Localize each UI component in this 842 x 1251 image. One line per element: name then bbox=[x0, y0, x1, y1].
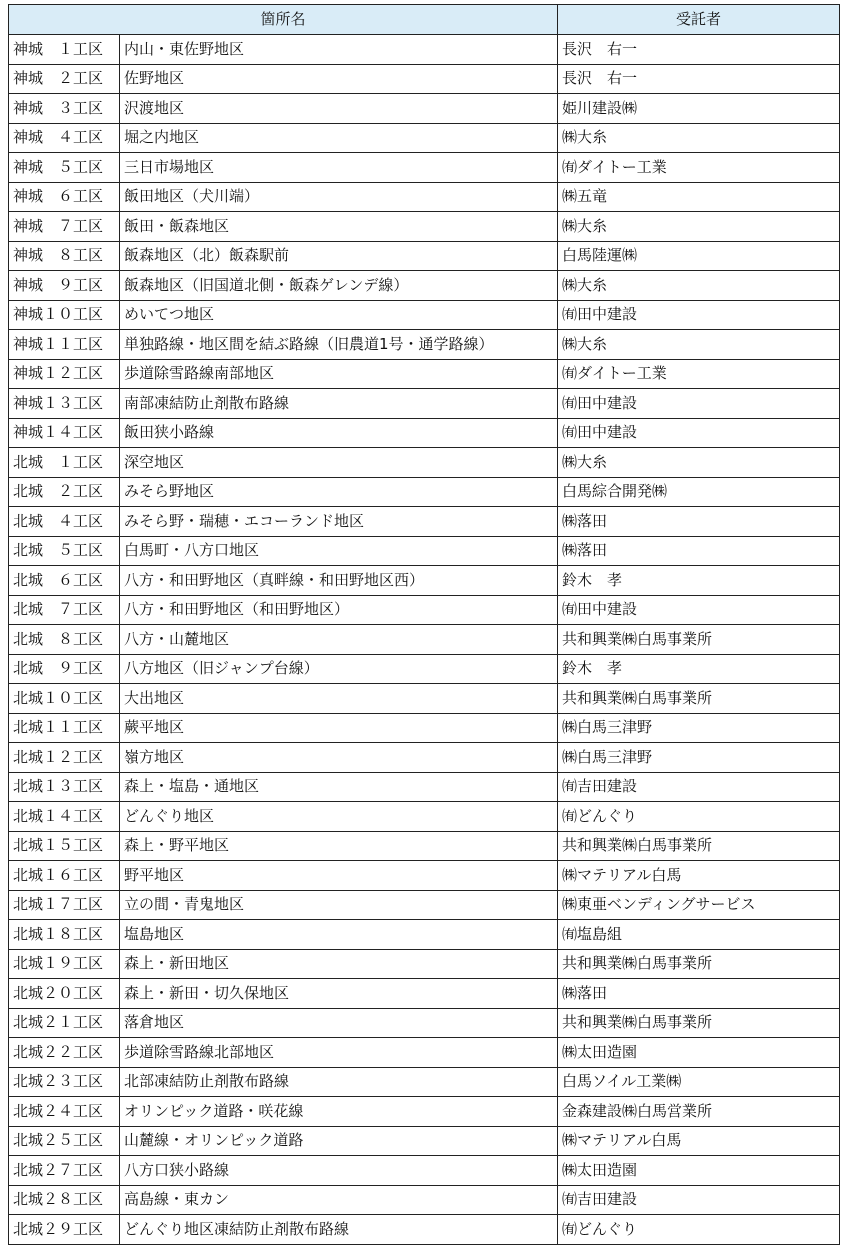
contractor-cell: ㈱白馬三津野 bbox=[558, 713, 840, 743]
zone-cell: 北城 １工区 bbox=[9, 448, 120, 478]
table-row: 神城 ５工区三日市場地区㈲ダイトー工業 bbox=[9, 153, 840, 183]
table-row: 北城 ７工区八方・和田野地区（和田野地区）㈲田中建設 bbox=[9, 595, 840, 625]
contractor-cell: 鈴木 孝 bbox=[558, 566, 840, 596]
contractor-cell: ㈱落田 bbox=[558, 979, 840, 1009]
contractor-cell: ㈲ダイトー工業 bbox=[558, 153, 840, 183]
zone-cell: 北城 ８工区 bbox=[9, 625, 120, 655]
table-row: 北城２８工区高島線・東カン㈲吉田建設 bbox=[9, 1185, 840, 1215]
contractor-cell: 鈴木 孝 bbox=[558, 654, 840, 684]
table-row: 北城２１工区落倉地区共和興業㈱白馬事業所 bbox=[9, 1008, 840, 1038]
table-row: 神城 ７工区飯田・飯森地区㈱大糸 bbox=[9, 212, 840, 242]
contractor-cell: ㈱落田 bbox=[558, 507, 840, 537]
contractor-cell: ㈱五竜 bbox=[558, 182, 840, 212]
area-cell: 大出地区 bbox=[120, 684, 558, 714]
zone-cell: 北城１３工区 bbox=[9, 772, 120, 802]
zone-cell: 北城１６工区 bbox=[9, 861, 120, 891]
area-cell: 高島線・東カン bbox=[120, 1185, 558, 1215]
table-row: 神城 ３工区沢渡地区姫川建設㈱ bbox=[9, 94, 840, 124]
table-row: 北城１４工区どんぐり地区㈲どんぐり bbox=[9, 802, 840, 832]
table-row: 北城１８工区塩島地区㈲塩島組 bbox=[9, 920, 840, 950]
table-row: 北城 ５工区白馬町・八方口地区㈱落田 bbox=[9, 536, 840, 566]
table-row: 神城１１工区単独路線・地区間を結ぶ路線（旧農道1号・通学路線）㈱大糸 bbox=[9, 330, 840, 360]
table-row: 北城 ２工区みそら野地区白馬綜合開発㈱ bbox=[9, 477, 840, 507]
zone-cell: 神城 ４工区 bbox=[9, 123, 120, 153]
table-row: 北城２７工区八方口狭小路線㈱太田造園 bbox=[9, 1156, 840, 1186]
area-cell: 嶺方地区 bbox=[120, 743, 558, 773]
zone-cell: 北城 ７工区 bbox=[9, 595, 120, 625]
table-row: 神城 ９工区飯森地区（旧国道北側・飯森ゲレンデ線）㈱大糸 bbox=[9, 271, 840, 301]
area-cell: みそら野・瑞穂・エコーランド地区 bbox=[120, 507, 558, 537]
table-row: 北城 １工区深空地区㈱大糸 bbox=[9, 448, 840, 478]
area-cell: 八方口狭小路線 bbox=[120, 1156, 558, 1186]
table-row: 神城 ６工区飯田地区（犬川端）㈱五竜 bbox=[9, 182, 840, 212]
table-header-row: 箇所名 受託者 bbox=[9, 5, 840, 35]
zone-cell: 神城 ３工区 bbox=[9, 94, 120, 124]
table-row: 北城１３工区森上・塩島・通地区㈲吉田建設 bbox=[9, 772, 840, 802]
area-cell: 単独路線・地区間を結ぶ路線（旧農道1号・通学路線） bbox=[120, 330, 558, 360]
contractor-cell: ㈲吉田建設 bbox=[558, 772, 840, 802]
contractor-cell: ㈱白馬三津野 bbox=[558, 743, 840, 773]
area-cell: どんぐり地区 bbox=[120, 802, 558, 832]
table-row: 北城 ８工区八方・山麓地区共和興業㈱白馬事業所 bbox=[9, 625, 840, 655]
contractor-cell: 共和興業㈱白馬事業所 bbox=[558, 949, 840, 979]
table-row: 神城１４工区飯田狭小路線㈲田中建設 bbox=[9, 418, 840, 448]
header-contractor: 受託者 bbox=[558, 5, 840, 35]
zone-cell: 北城２８工区 bbox=[9, 1185, 120, 1215]
table-row: 北城２４工区オリンピック道路・咲花線金森建設㈱白馬営業所 bbox=[9, 1097, 840, 1127]
area-cell: 南部凍結防止剤散布路線 bbox=[120, 389, 558, 419]
zone-cell: 北城 ６工区 bbox=[9, 566, 120, 596]
table-row: 神城 ８工区飯森地区（北）飯森駅前白馬陸運㈱ bbox=[9, 241, 840, 271]
zone-cell: 神城 １工区 bbox=[9, 35, 120, 65]
area-cell: 森上・新田・切久保地区 bbox=[120, 979, 558, 1009]
table-row: 北城１２工区嶺方地区㈱白馬三津野 bbox=[9, 743, 840, 773]
area-cell: 森上・塩島・通地区 bbox=[120, 772, 558, 802]
area-cell: 飯田地区（犬川端） bbox=[120, 182, 558, 212]
contractor-cell: ㈱大糸 bbox=[558, 271, 840, 301]
contractor-cell: ㈱大糸 bbox=[558, 448, 840, 478]
contractor-cell: ㈲どんぐり bbox=[558, 1215, 840, 1245]
table-row: 北城１６工区野平地区㈱マテリアル白馬 bbox=[9, 861, 840, 891]
zone-cell: 北城 ９工区 bbox=[9, 654, 120, 684]
zone-cell: 北城２０工区 bbox=[9, 979, 120, 1009]
area-cell: 八方地区（旧ジャンプ台線） bbox=[120, 654, 558, 684]
zone-cell: 北城１２工区 bbox=[9, 743, 120, 773]
zone-cell: 北城２９工区 bbox=[9, 1215, 120, 1245]
zone-cell: 神城１１工区 bbox=[9, 330, 120, 360]
table-row: 北城 ４工区みそら野・瑞穂・エコーランド地区㈱落田 bbox=[9, 507, 840, 537]
contractor-cell: 共和興業㈱白馬事業所 bbox=[558, 1008, 840, 1038]
contractor-cell: ㈲塩島組 bbox=[558, 920, 840, 950]
area-cell: 歩道除雪路線北部地区 bbox=[120, 1038, 558, 1068]
table-row: 北城２０工区森上・新田・切久保地区㈱落田 bbox=[9, 979, 840, 1009]
table-row: 北城１０工区大出地区共和興業㈱白馬事業所 bbox=[9, 684, 840, 714]
table-row: 神城 ２工区佐野地区長沢 右一 bbox=[9, 64, 840, 94]
zone-cell: 北城２２工区 bbox=[9, 1038, 120, 1068]
table-row: 神城 １工区内山・東佐野地区長沢 右一 bbox=[9, 35, 840, 65]
area-cell: 内山・東佐野地区 bbox=[120, 35, 558, 65]
table-row: 北城１７工区立の間・青鬼地区㈱東亜ベンディングサービス bbox=[9, 890, 840, 920]
zone-cell: 北城２５工区 bbox=[9, 1126, 120, 1156]
area-cell: みそら野地区 bbox=[120, 477, 558, 507]
zone-cell: 北城１７工区 bbox=[9, 890, 120, 920]
area-cell: 森上・野平地区 bbox=[120, 831, 558, 861]
contractor-cell: ㈱大糸 bbox=[558, 330, 840, 360]
area-cell: 北部凍結防止剤散布路線 bbox=[120, 1067, 558, 1097]
area-cell: 飯田・飯森地区 bbox=[120, 212, 558, 242]
area-cell: 白馬町・八方口地区 bbox=[120, 536, 558, 566]
contractor-cell: 姫川建設㈱ bbox=[558, 94, 840, 124]
zone-cell: 北城２４工区 bbox=[9, 1097, 120, 1127]
contractor-cell: 長沢 右一 bbox=[558, 35, 840, 65]
contractor-cell: ㈲田中建設 bbox=[558, 418, 840, 448]
area-cell: 八方・和田野地区（真畔線・和田野地区西） bbox=[120, 566, 558, 596]
table-row: 北城２５工区山麓線・オリンピック道路㈱マテリアル白馬 bbox=[9, 1126, 840, 1156]
contractor-cell: 金森建設㈱白馬営業所 bbox=[558, 1097, 840, 1127]
table-row: 北城 ９工区八方地区（旧ジャンプ台線）鈴木 孝 bbox=[9, 654, 840, 684]
area-cell: 歩道除雪路線南部地区 bbox=[120, 359, 558, 389]
contract-table: 箇所名 受託者 神城 １工区内山・東佐野地区長沢 右一神城 ２工区佐野地区長沢 … bbox=[8, 4, 840, 1245]
zone-cell: 北城２１工区 bbox=[9, 1008, 120, 1038]
contractor-cell: ㈲田中建設 bbox=[558, 389, 840, 419]
area-cell: 飯田狭小路線 bbox=[120, 418, 558, 448]
table-row: 北城２３工区北部凍結防止剤散布路線白馬ソイル工業㈱ bbox=[9, 1067, 840, 1097]
table-row: 北城１１工区蕨平地区㈱白馬三津野 bbox=[9, 713, 840, 743]
zone-cell: 北城 ２工区 bbox=[9, 477, 120, 507]
zone-cell: 神城１０工区 bbox=[9, 300, 120, 330]
table-body: 神城 １工区内山・東佐野地区長沢 右一神城 ２工区佐野地区長沢 右一神城 ３工区… bbox=[9, 35, 840, 1245]
contractor-cell: ㈱マテリアル白馬 bbox=[558, 861, 840, 891]
contractor-cell: ㈲ダイトー工業 bbox=[558, 359, 840, 389]
contractor-cell: ㈱太田造園 bbox=[558, 1156, 840, 1186]
zone-cell: 北城 ４工区 bbox=[9, 507, 120, 537]
zone-cell: 北城１５工区 bbox=[9, 831, 120, 861]
area-cell: 堀之内地区 bbox=[120, 123, 558, 153]
contractor-cell: 共和興業㈱白馬事業所 bbox=[558, 831, 840, 861]
contractor-cell: 共和興業㈱白馬事業所 bbox=[558, 625, 840, 655]
area-cell: 飯森地区（北）飯森駅前 bbox=[120, 241, 558, 271]
zone-cell: 神城 ７工区 bbox=[9, 212, 120, 242]
contractor-cell: ㈱太田造園 bbox=[558, 1038, 840, 1068]
zone-cell: 北城１４工区 bbox=[9, 802, 120, 832]
zone-cell: 北城２３工区 bbox=[9, 1067, 120, 1097]
zone-cell: 神城 ５工区 bbox=[9, 153, 120, 183]
table-row: 北城２２工区歩道除雪路線北部地区㈱太田造園 bbox=[9, 1038, 840, 1068]
contractor-cell: 共和興業㈱白馬事業所 bbox=[558, 684, 840, 714]
table-row: 神城１２工区歩道除雪路線南部地区㈲ダイトー工業 bbox=[9, 359, 840, 389]
table-row: 神城１０工区めいてつ地区㈲田中建設 bbox=[9, 300, 840, 330]
table-row: 北城 ６工区八方・和田野地区（真畔線・和田野地区西）鈴木 孝 bbox=[9, 566, 840, 596]
area-cell: 佐野地区 bbox=[120, 64, 558, 94]
contractor-cell: ㈲田中建設 bbox=[558, 595, 840, 625]
contractor-cell: ㈲どんぐり bbox=[558, 802, 840, 832]
area-cell: 野平地区 bbox=[120, 861, 558, 891]
area-cell: 山麓線・オリンピック道路 bbox=[120, 1126, 558, 1156]
zone-cell: 神城 ８工区 bbox=[9, 241, 120, 271]
table-row: 北城１９工区森上・新田地区共和興業㈱白馬事業所 bbox=[9, 949, 840, 979]
zone-cell: 神城 ９工区 bbox=[9, 271, 120, 301]
table-row: 北城１５工区森上・野平地区共和興業㈱白馬事業所 bbox=[9, 831, 840, 861]
area-cell: 森上・新田地区 bbox=[120, 949, 558, 979]
contractor-cell: ㈲吉田建設 bbox=[558, 1185, 840, 1215]
contractor-cell: ㈱大糸 bbox=[558, 212, 840, 242]
zone-cell: 神城１２工区 bbox=[9, 359, 120, 389]
area-cell: 深空地区 bbox=[120, 448, 558, 478]
area-cell: 蕨平地区 bbox=[120, 713, 558, 743]
table-row: 神城１３工区南部凍結防止剤散布路線㈲田中建設 bbox=[9, 389, 840, 419]
zone-cell: 神城１３工区 bbox=[9, 389, 120, 419]
contractor-cell: ㈱マテリアル白馬 bbox=[558, 1126, 840, 1156]
area-cell: 飯森地区（旧国道北側・飯森ゲレンデ線） bbox=[120, 271, 558, 301]
contractor-cell: 白馬ソイル工業㈱ bbox=[558, 1067, 840, 1097]
area-cell: 三日市場地区 bbox=[120, 153, 558, 183]
area-cell: 八方・山麓地区 bbox=[120, 625, 558, 655]
table-row: 神城 ４工区堀之内地区㈱大糸 bbox=[9, 123, 840, 153]
contractor-cell: 白馬陸運㈱ bbox=[558, 241, 840, 271]
table-row: 北城２９工区どんぐり地区凍結防止剤散布路線㈲どんぐり bbox=[9, 1215, 840, 1245]
zone-cell: 北城１９工区 bbox=[9, 949, 120, 979]
area-cell: 八方・和田野地区（和田野地区） bbox=[120, 595, 558, 625]
contractor-cell: 白馬綜合開発㈱ bbox=[558, 477, 840, 507]
area-cell: 沢渡地区 bbox=[120, 94, 558, 124]
area-cell: オリンピック道路・咲花線 bbox=[120, 1097, 558, 1127]
area-cell: めいてつ地区 bbox=[120, 300, 558, 330]
zone-cell: 神城１４工区 bbox=[9, 418, 120, 448]
contractor-cell: ㈱落田 bbox=[558, 536, 840, 566]
zone-cell: 北城１８工区 bbox=[9, 920, 120, 950]
zone-cell: 北城 ５工区 bbox=[9, 536, 120, 566]
area-cell: 落倉地区 bbox=[120, 1008, 558, 1038]
zone-cell: 神城 ２工区 bbox=[9, 64, 120, 94]
contractor-cell: 長沢 右一 bbox=[558, 64, 840, 94]
zone-cell: 北城１１工区 bbox=[9, 713, 120, 743]
area-cell: 立の間・青鬼地区 bbox=[120, 890, 558, 920]
contractor-cell: ㈲田中建設 bbox=[558, 300, 840, 330]
area-cell: どんぐり地区凍結防止剤散布路線 bbox=[120, 1215, 558, 1245]
contractor-cell: ㈱大糸 bbox=[558, 123, 840, 153]
contractor-cell: ㈱東亜ベンディングサービス bbox=[558, 890, 840, 920]
header-location: 箇所名 bbox=[9, 5, 558, 35]
area-cell: 塩島地区 bbox=[120, 920, 558, 950]
zone-cell: 北城１０工区 bbox=[9, 684, 120, 714]
zone-cell: 神城 ６工区 bbox=[9, 182, 120, 212]
zone-cell: 北城２７工区 bbox=[9, 1156, 120, 1186]
